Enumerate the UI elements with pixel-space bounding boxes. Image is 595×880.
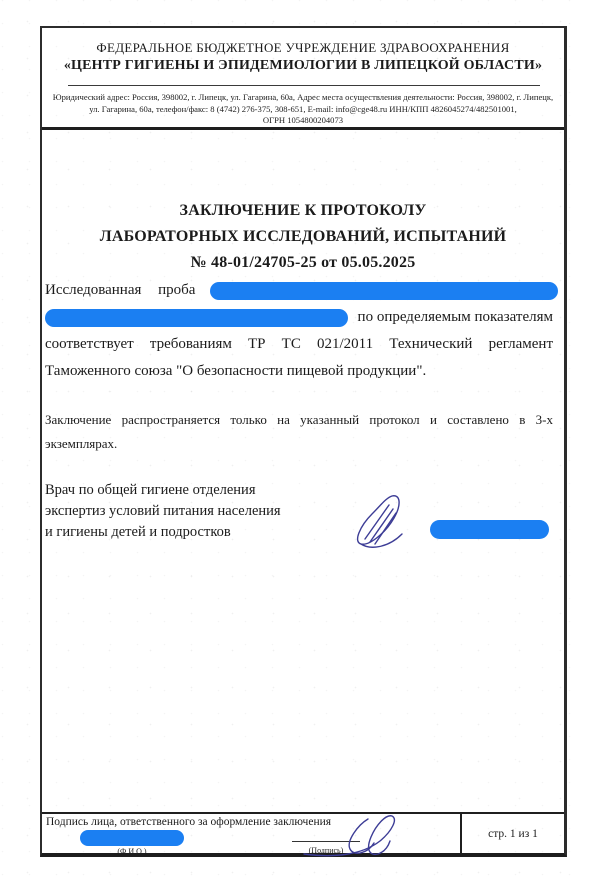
body-line2-text: по определяемым показателям <box>358 304 553 331</box>
header-rule <box>42 127 564 130</box>
note-line2: экземплярах. <box>45 432 553 456</box>
document-page: ФЕДЕРАЛЬНОЕ БЮДЖЕТНОЕ УЧРЕЖДЕНИЕ ЗДРАВОО… <box>0 0 595 880</box>
note-line1: Заключение распространяется только на ук… <box>45 408 553 432</box>
fio-label: (Ф.И.О.) <box>80 847 184 856</box>
org-name-line1: ФЕДЕРАЛЬНОЕ БЮДЖЕТНОЕ УЧРЕЖДЕНИЕ ЗДРАВОО… <box>42 39 564 56</box>
address-line1: Юридический адрес: Россия, 398002, г. Ли… <box>46 92 560 104</box>
note-paragraph: Заключение распространяется только на ук… <box>45 408 553 456</box>
signer-role-line2: экспертиз условий питания населения <box>45 501 281 522</box>
letterhead-divider <box>68 85 540 86</box>
signer-role-line1: Врач по общей гигиене отделения <box>45 480 281 501</box>
redaction-bar-3 <box>430 520 549 539</box>
redaction-bar-1 <box>210 282 558 300</box>
footer-table: Подпись лица, ответственного за оформлен… <box>42 812 564 853</box>
signer-role-line3: и гигиены детей и подростков <box>45 522 281 543</box>
footer-left-cell: Подпись лица, ответственного за оформлен… <box>42 814 460 853</box>
page-number: стр. 1 из 1 <box>488 828 538 840</box>
page-border-frame: ФЕДЕРАЛЬНОЕ БЮДЖЕТНОЕ УЧРЕЖДЕНИЕ ЗДРАВОО… <box>40 26 567 857</box>
address-line2: ул. Гагарина, 60а, телефон/факс: 8 (4742… <box>46 104 560 116</box>
body-line-4: Таможенного союза "О безопасности пищево… <box>45 358 553 385</box>
redaction-bar-4 <box>80 830 184 846</box>
org-name-line2: «ЦЕНТР ГИГИЕНЫ И ЭПИДЕМИОЛОГИИ В ЛИПЕЦКО… <box>42 56 564 75</box>
letterhead: ФЕДЕРАЛЬНОЕ БЮДЖЕТНОЕ УЧРЕЖДЕНИЕ ЗДРАВОО… <box>42 39 564 75</box>
redaction-bar-2 <box>45 309 348 327</box>
title-protocol-number: № 48-01/24705-25 от 05.05.2025 <box>42 250 564 276</box>
title-line2: ЛАБОРАТОРНЫХ ИССЛЕДОВАНИЙ, ИСПЫТАНИЙ <box>42 224 564 250</box>
footer-page-cell: стр. 1 из 1 <box>460 814 564 853</box>
org-address: Юридический адрес: Россия, 398002, г. Ли… <box>46 92 560 127</box>
conclusion-body: Исследованная проба по определяемым пока… <box>45 277 553 385</box>
document-title: ЗАКЛЮЧЕНИЕ К ПРОТОКОЛУ ЛАБОРАТОРНЫХ ИССЛ… <box>42 198 564 276</box>
body-line-1: Исследованная проба <box>45 277 553 304</box>
footer-caption: Подпись лица, ответственного за оформлен… <box>46 816 331 828</box>
signature-ink-icon <box>347 491 419 555</box>
address-line3: ОГРН 1054800204073 <box>46 115 560 127</box>
signer-role-block: Врач по общей гигиене отделения эксперти… <box>45 480 281 543</box>
footer-signature-ink-icon <box>298 808 416 862</box>
title-line1: ЗАКЛЮЧЕНИЕ К ПРОТОКОЛУ <box>42 198 564 224</box>
body-line-3: соответствует требованиям ТР ТС 021/2011… <box>45 331 553 358</box>
body-line-2: по определяемым показателям <box>45 304 553 331</box>
body-line1-text: Исследованная проба <box>45 277 195 304</box>
